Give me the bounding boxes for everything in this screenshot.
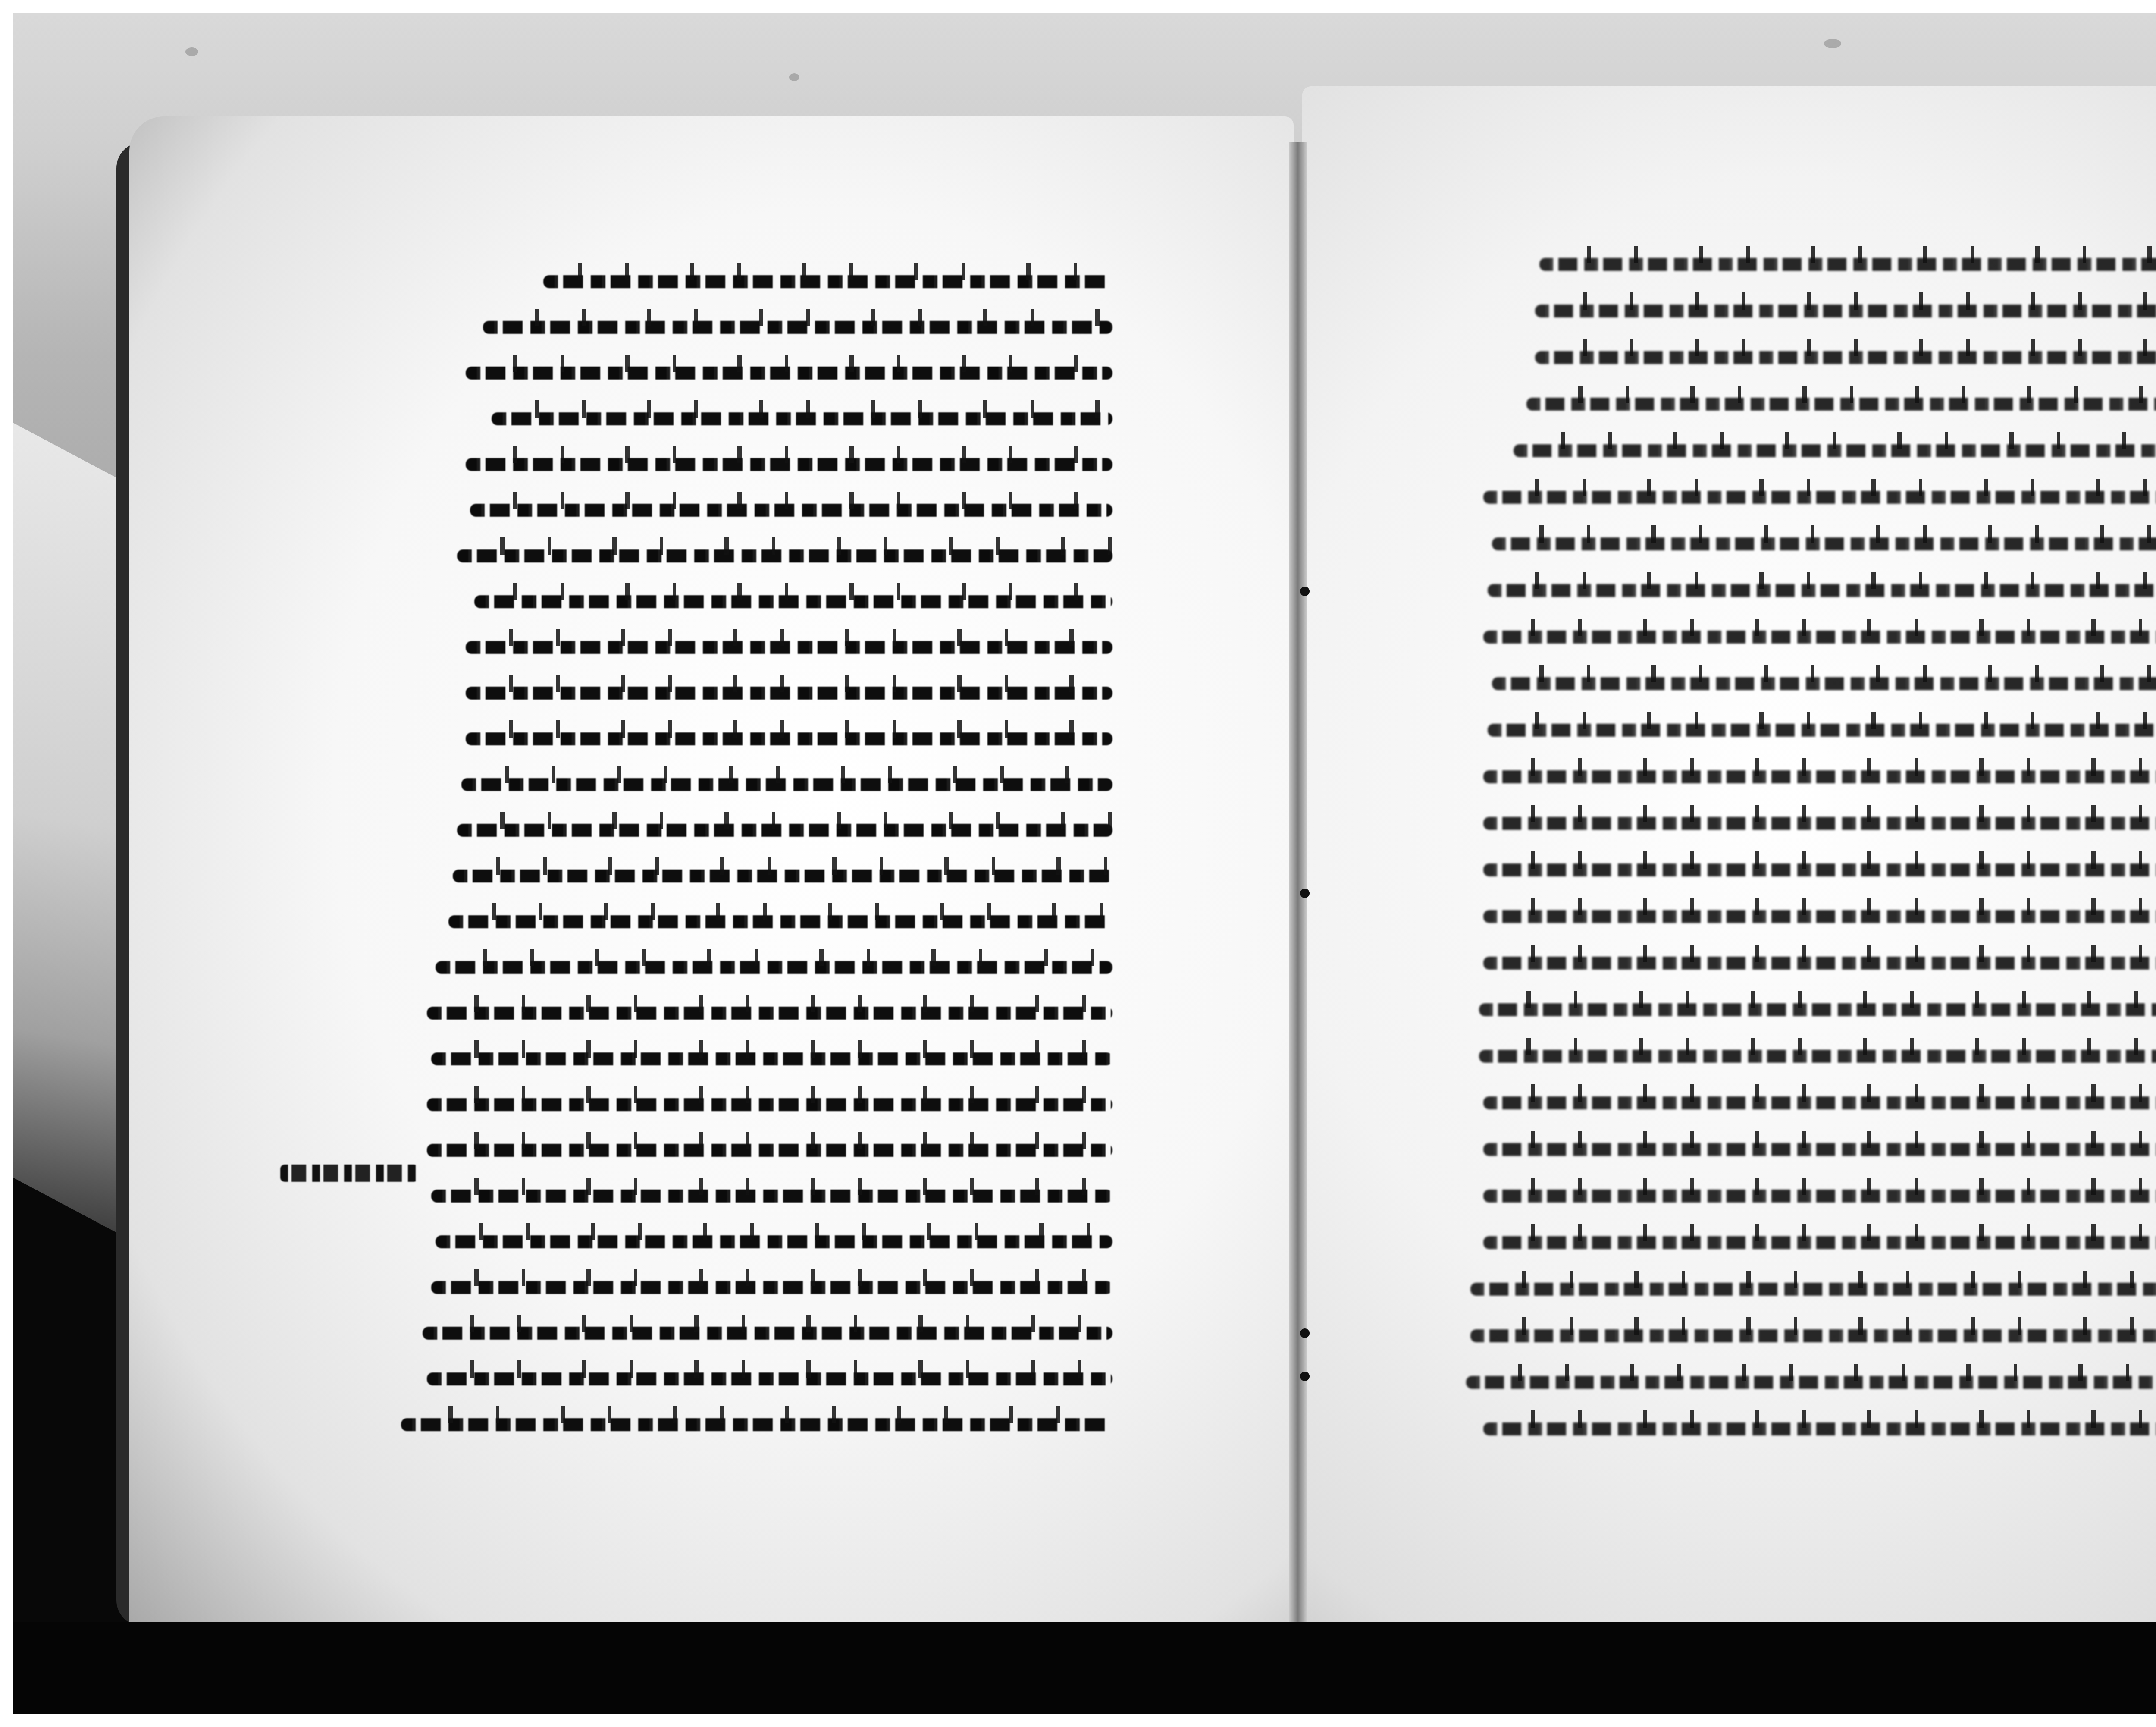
text-line: ܘܠܡܐܟܠ ܟܘ ܠܡܬܟܬܒ ܡܚܘܬܗ ܗܘ (397, 625, 1112, 670)
text-line: ܠܡܚܘܢܐ ܘܟܬܒܗ (397, 1402, 1112, 1448)
text-line: ܠܗ ܡܚܢܘܢ ܡܚܘܢ ܡܚܘܬܗ ܡܚܘܢ (397, 1219, 1112, 1265)
left-margin-note: ܒܝܘܡ ܘܫܠܡ (280, 1165, 418, 1182)
text-line: ܟܬܒܢܐ ܡܢ ܕܘܩܕܡܬܗ ܡܚܘܢ (1466, 335, 2156, 381)
text-line: ܠܡܚܘܢ ܡܚܘܢ ܬܫܡܫܬܐ ܘܐܡܪ ܡܚܘܬܗ (1466, 801, 2156, 847)
sewing-hole (1300, 1372, 1310, 1381)
bottom-shadow (13, 1622, 2156, 1714)
text-line: ܠܡܝܢ ܘܡܚܠܬܟܬܒ ܡܚܘܬܢ ܠܡܚܘܐ (397, 1173, 1112, 1219)
text-line: ܡܚܘ ܟܠܗ ܠܡܚܘ ܠܡܚܘܬܗ ܠܡ ܠܡܚ (1466, 987, 2156, 1033)
text-line: ܘܢܫܐ ܠܗ ܡܚܘ ܠܡܫܝܚܐ ܕܘܟܬܒܗ (1466, 242, 2156, 288)
text-line: ܡܚܘܢ ܠܡܗ ܠܡܚܘܬܗ ܠܡܠܟ ܘܡܚܘܢ (1466, 894, 2156, 940)
text-line: ܠܡܚܘܬܗ ܠܡܐܠܗ ܡܢ ܘܢܫܐ ܡܢܗ (397, 579, 1112, 625)
text-line: ܟܘ ܡܟܬܒܐ ܕܐܠܗܐ ܘܗܘܐ ܘܫܠܡ (397, 259, 1112, 305)
text-line: ܘܐܠ ܡܚܘܢ ܘܡܚܐ ܬܚܬ ܘܠܡܚܘܐ (1466, 1173, 2156, 1220)
stone-texture (185, 47, 198, 56)
text-line: ܚܕ ܕܠܗܘܢ ܒܬܚܝܬܗ ܘܟܠܗ ܐܢܫܝܢ (397, 305, 1112, 350)
text-line: ܠܡܚܘܐ ܢܘܫܡ ܡܚܘܬܗ ܠܡܚܘ ܘܠܡ (1466, 1033, 2156, 1080)
stone-texture (789, 73, 799, 81)
sewing-hole (1300, 1328, 1310, 1338)
text-line: ܗܘܐ ܠܗ ܡܚܐ ܡܚܘܢ ܘܚܘܐ (1466, 940, 2156, 987)
text-line: ܘܡܚܘܢ ܡܚܘܐ ܗܘܐ ܘܡܚܘܢ ܘܗܘܐ (1466, 1127, 2156, 1173)
text-line: ܡܚܘܢ ܡܚܘܬܗ ܠܡܫܡܫܐ ܠܡܠܟ ܘܡܢ (1466, 614, 2156, 661)
text-line: ܘܝܘܡ ܡܐ ܕܬܠܬ ܗܘ ܕܠܗܘܢ ܟܠܗ (397, 350, 1112, 396)
text-line: ܗܘܐ ܘܢܫܐ ܠܡܐ ܠܡܟܬܒ ܟܠ ܘܐܡܪ (397, 1082, 1112, 1127)
text-line: ܠܡܠܬܗܘܢ ܡܚܘܬܗ ܘܐܡܪ ܡܚܘܬܗ (397, 1036, 1112, 1082)
text-line: ܕܠܗܘܢ ܟܘ ܠܡ ܬܟܬܒ ܡܢ ܕܝܢ (397, 442, 1112, 487)
text-line: ܕܠܗܘܢ ܢܦܫܗ ܘܐܡܪ ܠܡܢܐ ܘܠܠܗ ܢܚܘ (397, 1265, 1112, 1310)
text-line: ܦܘܩܕ ܦܩܡ ܡܚܘ ܘܡܚܘܢ ܠܡܟܬܒܗ (397, 1356, 1112, 1402)
text-line: ܘܠܡܚܘ ܘܠܗ ܠܟܠܗ ܡܢܘ (1466, 568, 2156, 614)
text-line: ܠܡܚܠܠ ܠܡ ܘܠܐ ܘܫܠܡܬܗ ܟܘ ܡܚ (397, 1127, 1112, 1173)
text-line: ܟܘ ܦܡܚܐ ܘܡܚܘܢܐ ܗܠܟ ܘܡܢ ܟܠܗ (397, 853, 1112, 899)
text-line: ܡܚܘܢ ܠܡܚܘܐ ܠܬܫܡܫܬܐ ܠܡܚܠ (1466, 474, 2156, 521)
text-line: ܬܘܪ ܫܡܥܘܢ ܟܬܒܐ ܘܐܡܪ ܘܚܘܬܗ (1466, 288, 2156, 335)
sewing-hole (1300, 587, 1310, 596)
text-line: ܘܠܟܠܬܗ ܡܚܘܢ ܡܦܩܢܐ ܘܚܘܬܗ (1466, 428, 2156, 474)
text-line: ܢܬܐ ܘܐܡܪ ܦܘܩܕܢܐ ܡܢ ܟܠܗ ܡܚܬܒ (397, 899, 1112, 945)
text-line: ܡܚܘܐ ܡܚܘܬܗ ܡܚܬܒ ܠܡܚܘܢ ܘܐܡܪ (1466, 754, 2156, 801)
text-line: ܘܡܚܘܢܐ ܡܠܬܢܐ ܡܚܘܬ ܠܡܠܐ ܘܟܬܒ (397, 1310, 1112, 1356)
text-line: ܠܡܚܘܐ ܘܢܫܐ ܡܚܘܐ ܠܡܚܘܢ ܘܠܡܚܘܬܗ (397, 990, 1112, 1036)
text-line: ܠܡܚܘܢ ܗܘܐ ܡܚܘܬܗ ܗܘܐ ܡܚܘܬܗ (1466, 847, 2156, 894)
left-page-text: ܟܘ ܡܟܬܒܐ ܕܐܠܗܐ ܘܗܘܐ ܘܫܠܡ ܚܕ ܕܠܗܘܢ ܒܬܚܝܬܗ… (397, 259, 1112, 1448)
text-line: ܡܚܘܢ ܘܠܡܚܘ ܘܐܡܪ ܡܚܘܢܐ ܗܘܐ (1466, 1360, 2156, 1406)
text-line: ܘܗܘܐ ܡܚܘܐ ܦܘܩܕܢܐ ܠܡܚܐ ܘܐܡܪ (397, 716, 1112, 762)
text-line: ܘܡܚܠ ܠܗ ܠܡܟܬܒ ܘܐܡܪ ܠܡܚܘ (1466, 521, 2156, 568)
text-line: ܘܡܟܬܒ ܠܡܠܘܬܗ ܗܘܐ ܡܚܘܬܗ ܘܐܢܫ (397, 533, 1112, 579)
text-line: ܘܡܢ ܠܡܝܢ ܘܕܠܗܘܢ ܗܠܟ ܘܫܡܥ ܠܗ (397, 945, 1112, 990)
text-line: ܘܠܡܐܟܠ ܡܚܘܢ ܘܦܘܩܕܢܐ ܠܡ ܡܟܬܒܗ (397, 762, 1112, 807)
text-line: ܘܠܗܝ ܘܡܚܘ ܕܠܗܘܢ ܗܠܟ ܘܡܚܘ (397, 396, 1112, 442)
book-gutter (1289, 142, 1307, 1622)
right-page-text: ܘܢܫܐ ܠܗ ܡܚܘ ܠܡܫܝܚܐ ܕܘܟܬܒܗ ܬܘܪ ܫܡܥܘܢ ܟܬܒܐ… (1466, 242, 2156, 1453)
text-line: ܘܗܘܐ ܡܚܘܐ ܘܐܡܪ ܠܡܚܐ ܡܚܠܠ (397, 807, 1112, 853)
text-line: ܡܚܘܐ ܠܟܘܠ ܡܚܠ ܡܢ ܬܠܬܐ (1466, 381, 2156, 428)
text-line: ܘܠܠܗ ܗܘܐ ܢܦܫܗ ܕܟܬܒ ܠܡܝܢ (397, 487, 1112, 533)
text-line: ܡܚܘ ܘܠܠܗ ܦܘܩܕܢܐ ܟܠܗ ܟܘ ܠܡܚܘ (1466, 1220, 2156, 1266)
text-line: ܘܢܫܐ ܠܡܚܘܢ ܡܚܘܐ ܘܐܡܪ ܘܠܡܚܘܢ (1466, 1266, 2156, 1313)
text-line: ܘܡ ܠܡܚܠܬܗ ܠܡܚܘܐ ܘܐܡܪ ܘܠܡ (1466, 707, 2156, 754)
text-line: ܡܚܘܢ ܠܡܠܬܗ ܠܡ ܢܦܩܘܢ ܡܠܟ (397, 670, 1112, 716)
text-line: ܕܠܗܘܢ ܠܡܚܘܐ ܘܗܘ ܦܡܚܘ ܟܬܒ (1466, 1313, 2156, 1360)
text-line: ܡܚܘܐ ܘܐܡܪ ܡܚܢ ܗܘܐ (1466, 1406, 2156, 1453)
text-line: ܠܡܚܘܐ ܡܚܘܢܐ ܘܠܡܢ ܘܗܘܐ (1466, 1080, 2156, 1127)
text-line: ܘܡܚܘܢܐ ܠܡܚܘܐ ܘܐܡܪ ܠܡܐܫܬ (1466, 661, 2156, 707)
sewing-hole (1300, 889, 1310, 898)
stone-texture (1824, 39, 1841, 48)
